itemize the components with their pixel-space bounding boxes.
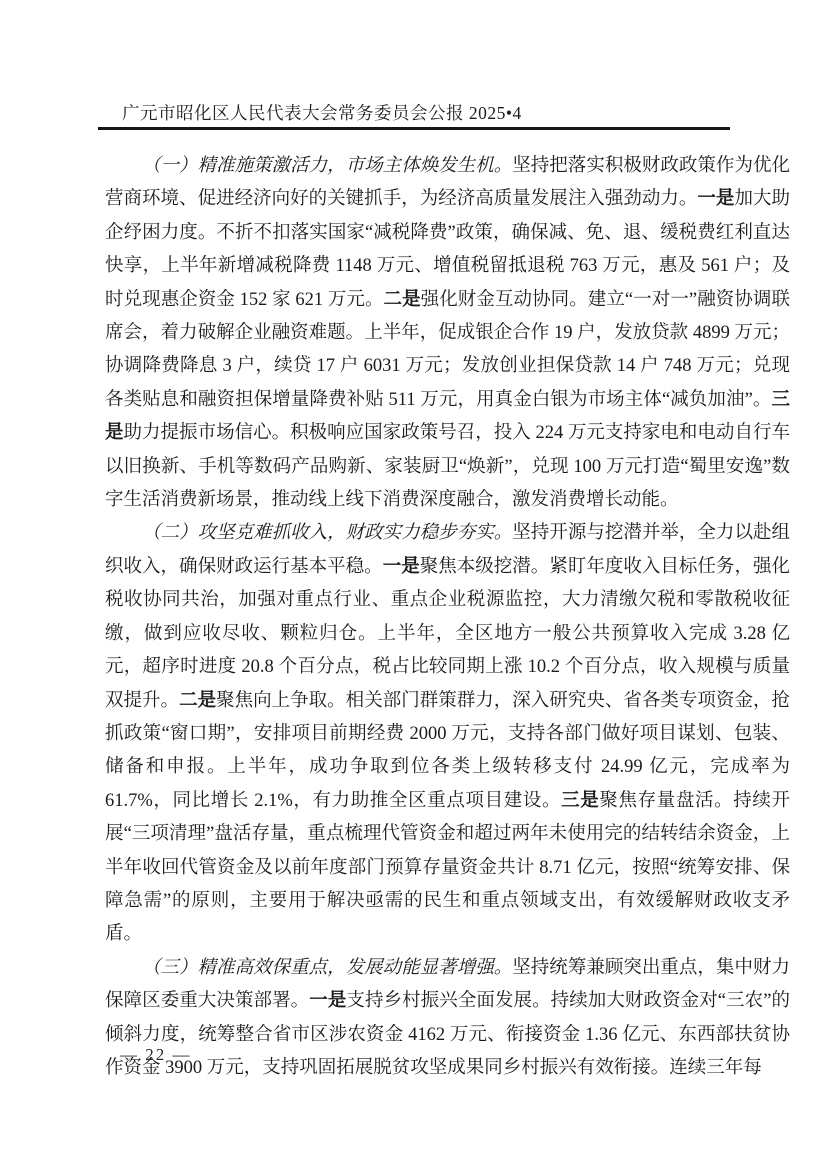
- item-marker-third: 三是: [561, 791, 599, 811]
- paragraph-1-text: 助力提振市场信心。积极响应国家政策号召，投入 224 万元支持家电和电动自行车以…: [105, 423, 790, 510]
- paragraph-3-lead: （三）精准高效保重点，发展动能显著增强。: [142, 958, 512, 978]
- document-body: （一）精准施策激活力，市场主体焕发生机。坚持把落实积极财政政策作为优化营商环境、…: [105, 150, 790, 1085]
- paragraph-2-text: 聚焦本级挖潜。紧盯年度收入目标任务，强化税收协同共治，加强对重点行业、重点企业税…: [105, 557, 790, 711]
- page-number: — 22 —: [120, 1045, 192, 1065]
- paragraph-3: （三）精准高效保重点，发展动能显著增强。坚持统筹兼顾突出重点，集中财力保障区委重…: [105, 952, 790, 1086]
- header-rule: [98, 127, 730, 130]
- paragraph-1-lead: （一）精准施策激活力，市场主体焕发生机。: [142, 156, 512, 176]
- bulletin-header-title: 广元市昭化区人民代表大会常务委员会公报 2025•4: [122, 100, 522, 125]
- item-marker-first: 一是: [697, 189, 734, 209]
- paragraph-2-lead: （二）攻坚克难抓收入，财政实力稳步夯实。: [142, 523, 512, 543]
- paragraph-2-text: 聚焦存量盘活。持续开展“三项清理”盘活存量，重点梳理代管资金和超过两年未使用完的…: [105, 791, 790, 945]
- item-marker-first: 一是: [309, 991, 346, 1011]
- paragraph-1: （一）精准施策激活力，市场主体焕发生机。坚持把落实积极财政政策作为优化营商环境、…: [105, 150, 790, 517]
- item-marker-second: 二是: [384, 290, 421, 310]
- item-marker-second: 二是: [179, 691, 216, 711]
- paragraph-2: （二）攻坚克难抓收入，财政实力稳步夯实。坚持开源与挖潜并举，全力以赴组织收入，确…: [105, 517, 790, 951]
- item-marker-first: 一是: [383, 557, 420, 577]
- document-page: 广元市昭化区人民代表大会常务委员会公报 2025•4 （一）精准施策激活力，市场…: [0, 0, 827, 1170]
